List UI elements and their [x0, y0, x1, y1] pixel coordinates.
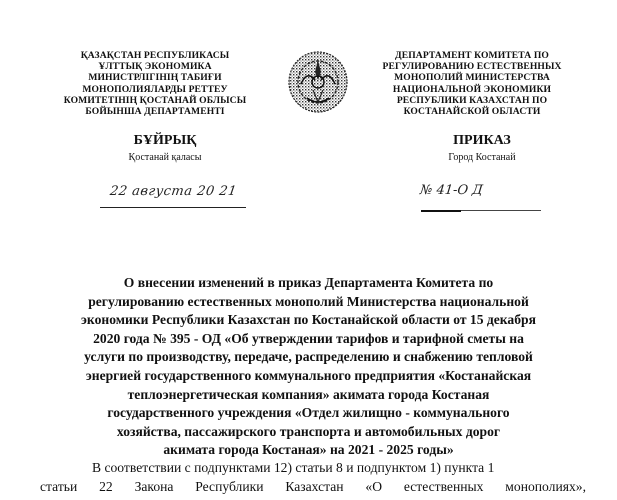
header-line: НАЦИОНАЛЬНОЙ ЭКОНОМИКИ	[352, 84, 592, 95]
header-line: РЕГУЛИРОВАНИЮ ЕСТЕСТВЕННЫХ	[352, 61, 592, 72]
body-paragraph: В соответствии с подпунктами 12) статьи …	[40, 458, 600, 496]
header-line: КОСТАНАЙСКОЙ ОБЛАСТИ	[352, 106, 592, 117]
header-line: ҚАЗАҚСТАН РЕСПУБЛИКАСЫ	[35, 50, 275, 61]
document-title: О внесении изменений в приказ Департамен…	[40, 274, 577, 460]
header-line: МОНОПОЛИЯЛАРДЫ РЕТТЕУ	[35, 84, 275, 95]
header-line: ДЕПАРТАМЕНТ КОМИТЕТА ПО	[352, 50, 592, 61]
body-word: 22	[99, 477, 113, 496]
header-russian-block: ДЕПАРТАМЕНТ КОМИТЕТА ПО РЕГУЛИРОВАНИЮ ЕС…	[352, 50, 592, 117]
date-underline	[100, 207, 246, 208]
order-city-russian: Город Костанай	[382, 152, 582, 163]
title-line: хозяйства, пассажирского транспорта и ав…	[40, 423, 577, 442]
title-line: государственного учреждения «Отдел жилищ…	[40, 404, 577, 423]
body-word: «О	[365, 477, 382, 496]
title-line: энергией государственного коммунального …	[40, 367, 577, 386]
header-line: МИНИСТРЛІГІНІҢ ТАБИҒИ	[35, 72, 275, 83]
body-word: Республики	[195, 477, 263, 496]
order-city-kazakh: Қостанай қаласы	[65, 152, 265, 163]
title-line: регулированию естественных монополий Мин…	[40, 293, 577, 312]
order-date-handwritten: 22 августа 20 21	[109, 184, 238, 199]
body-word: Закона	[135, 477, 174, 496]
body-line-1: В соответствии с подпунктами 12) статьи …	[40, 458, 600, 477]
state-emblem-icon	[287, 50, 349, 114]
body-word: статьи	[40, 477, 77, 496]
header-line: ҰЛТТЫҚ ЭКОНОМИКА	[35, 61, 275, 72]
order-number-handwritten: № 41-О Д	[419, 183, 483, 198]
header-line: РЕСПУБЛИКИ КАЗАХСТАН ПО	[352, 95, 592, 106]
header-kazakh-block: ҚАЗАҚСТАН РЕСПУБЛИКАСЫ ҰЛТТЫҚ ЭКОНОМИКА …	[35, 50, 275, 117]
header-line: КОМИТЕТІНІҢ ҚОСТАНАЙ ОБЛЫСЫ	[35, 95, 275, 106]
header-line: БОЙЫНША ДЕПАРТАМЕНТІ	[35, 106, 275, 117]
body-word: естественных	[404, 477, 484, 496]
title-line: теплоэнергетическая компания» акимата го…	[40, 386, 577, 405]
title-line: экономики Республики Казахстан по Костан…	[40, 311, 577, 330]
body-word: монополиях»,	[505, 477, 586, 496]
title-line: услуги по производству, передаче, распре…	[40, 348, 577, 367]
number-underline-strong	[421, 210, 461, 212]
header-line: МОНОПОЛИЙ МИНИСТЕРСТВА	[352, 72, 592, 83]
title-line: О внесении изменений в приказ Департамен…	[40, 274, 577, 293]
order-title-russian: ПРИКАЗ	[382, 133, 582, 149]
order-title-kazakh: БҰЙРЫҚ	[65, 133, 265, 149]
body-word: Казахстан	[285, 477, 343, 496]
title-line: 2020 года № 395 - ОД «Об утверждении тар…	[40, 330, 577, 349]
body-line-2: статьи 22 Закона Республики Казахстан «О…	[40, 477, 586, 496]
